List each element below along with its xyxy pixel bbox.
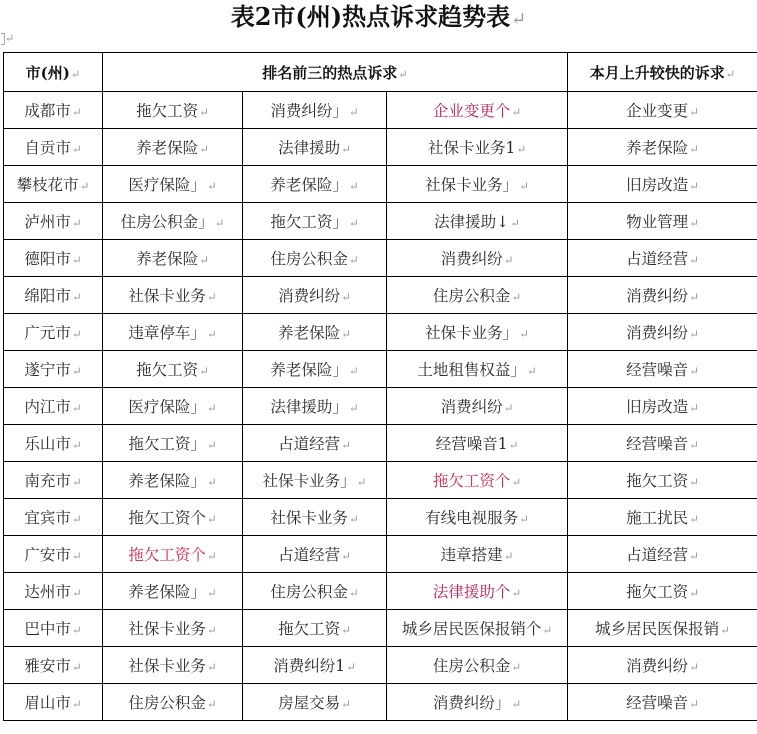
- table-anchor-icon: ↵: [1, 33, 14, 45]
- cell-top-issue-2[interactable]: 消费纠纷」↵: [243, 92, 387, 129]
- table-row: 广元市↵违章停车」↵养老保险↵社保卡业务」↵消费纠纷↵: [4, 314, 757, 351]
- cell-top-issue-3[interactable]: 住房公积金↵: [387, 277, 568, 314]
- paragraph-mark-icon: ↵: [511, 9, 526, 30]
- cell-rising-issue-text: 经营噪音: [626, 361, 688, 379]
- cell-top-issue-2[interactable]: 住房公积金↵: [243, 240, 387, 277]
- paragraph-mark-icon: ↵: [72, 142, 82, 156]
- paragraph-mark-icon: ↵: [511, 660, 521, 674]
- cell-top-issue-1-text: 医疗保险」: [128, 176, 206, 194]
- paragraph-mark-icon: ↵: [349, 179, 359, 193]
- cell-top-issue-1-text: 养老保险」: [128, 583, 206, 601]
- cell-city[interactable]: 宜宾市↵: [4, 499, 103, 536]
- cell-rising-issue-text: 占道经营: [626, 546, 688, 564]
- cell-top-issue-3[interactable]: 社保卡业务1↵: [387, 129, 568, 166]
- cell-top-issue-2[interactable]: 养老保险」↵: [243, 351, 387, 388]
- paragraph-mark-icon: ↵: [689, 327, 699, 341]
- cell-top-issue-2-text: 住房公积金: [270, 250, 348, 268]
- cell-top-issue-3-text: 城乡居民医保报销个: [402, 620, 542, 638]
- cell-city[interactable]: 自贡市↵: [4, 129, 103, 166]
- cell-rising-issue[interactable]: 消费纠纷↵: [568, 647, 757, 684]
- cell-city[interactable]: 乐山市↵: [4, 425, 103, 462]
- cell-top-issue-1[interactable]: 拖欠工资个↵: [103, 536, 243, 573]
- document-title: 表2市(州)热点诉求趋势表↵: [0, 2, 757, 35]
- table-row: 达州市↵养老保险」↵住房公积金↵法律援助个↵拖欠工资↵: [4, 573, 757, 610]
- cell-top-issue-1-text: 违章停车」: [128, 324, 206, 342]
- cell-top-issue-3-text: 有线电视服务: [425, 509, 518, 527]
- table-body: 成都市↵拖欠工资↵消费纠纷」↵企业变更个↵企业变更↵自贡市↵养老保险↵法律援助↵…: [4, 92, 757, 721]
- cell-top-issue-1[interactable]: 社保卡业务↵: [103, 610, 243, 647]
- cell-rising-issue-text: 拖欠工资: [626, 583, 688, 601]
- cell-top-issue-1-text: 拖欠工资」: [128, 435, 206, 453]
- cell-top-issue-2-text: 占道经营: [278, 435, 340, 453]
- paragraph-mark-icon: ↵: [207, 586, 217, 600]
- header-top-three-label: 排名前三的热点诉求: [262, 64, 397, 82]
- cell-rising-issue[interactable]: 城乡居民医保报销↵: [568, 610, 757, 647]
- cell-top-issue-1-text: 住房公积金」: [121, 213, 214, 231]
- cell-city[interactable]: 攀枝花市↵: [4, 166, 103, 203]
- table-row: 宜宾市↵拖欠工资个↵社保卡业务↵有线电视服务↵施工扰民↵: [4, 499, 757, 536]
- cell-top-issue-3-text: 消费纠纷」: [433, 694, 511, 712]
- cell-top-issue-3[interactable]: 消费纠纷↵: [387, 388, 568, 425]
- hot-issues-trend-table: 市(州)↵ 排名前三的热点诉求↵ 本月上升较快的诉求↵ 成都市↵拖欠工资↵消费纠…: [3, 52, 757, 721]
- cell-city-text: 广元市: [24, 324, 71, 342]
- paragraph-mark-icon: ↵: [341, 623, 351, 637]
- cell-city-text: 遂宁市: [24, 361, 71, 379]
- cell-top-issue-3[interactable]: 土地租售权益」↵: [387, 351, 568, 388]
- cell-top-issue-3-text: 社保卡业务」: [425, 176, 518, 194]
- cell-top-issue-3[interactable]: 违章搭建↵: [387, 536, 568, 573]
- paragraph-mark-icon: ↵: [689, 179, 699, 193]
- cell-city-text: 眉山市: [24, 694, 71, 712]
- cell-top-issue-1-text: 社保卡业务: [128, 620, 206, 638]
- paragraph-mark-icon: ↵: [689, 401, 699, 415]
- paragraph-mark-icon: ↵: [72, 253, 82, 267]
- cell-rising-issue[interactable]: 物业管理↵: [568, 203, 757, 240]
- cell-top-issue-3-text: 法律援助个: [433, 583, 511, 601]
- cell-rising-issue[interactable]: 占道经营↵: [568, 240, 757, 277]
- cell-rising-issue-text: 企业变更: [626, 102, 688, 120]
- paragraph-mark-icon: ↵: [689, 216, 699, 230]
- paragraph-mark-icon: ↵: [207, 623, 217, 637]
- paragraph-mark-icon: ↵: [349, 364, 359, 378]
- cell-top-issue-2-text: 拖欠工资: [278, 620, 340, 638]
- paragraph-mark-icon: ↵: [349, 105, 359, 119]
- cell-top-issue-2[interactable]: 消费纠纷1↵: [243, 647, 387, 684]
- cell-top-issue-1-text: 拖欠工资: [136, 361, 198, 379]
- paragraph-mark-icon: ↵: [689, 253, 699, 267]
- paragraph-mark-icon: ↵: [689, 549, 699, 563]
- cell-city[interactable]: 眉山市↵: [4, 684, 103, 721]
- cell-city[interactable]: 广元市↵: [4, 314, 103, 351]
- cell-top-issue-3[interactable]: 消费纠纷↵: [387, 240, 568, 277]
- cell-top-issue-1[interactable]: 住房公积金」↵: [103, 203, 243, 240]
- cell-rising-issue-text: 经营噪音: [626, 694, 688, 712]
- paragraph-mark-icon: ↵: [72, 105, 82, 119]
- paragraph-mark-icon: ↵: [511, 586, 521, 600]
- paragraph-mark-icon: ↵: [510, 216, 520, 230]
- cell-city[interactable]: 遂宁市↵: [4, 351, 103, 388]
- cell-rising-issue[interactable]: 养老保险↵: [568, 129, 757, 166]
- cell-top-issue-3-text: 拖欠工资个: [433, 472, 511, 490]
- paragraph-mark-icon: ↵: [72, 401, 82, 415]
- cell-city-text: 内江市: [24, 398, 71, 416]
- paragraph-mark-icon: ↵: [511, 475, 521, 489]
- paragraph-mark-icon: ↵: [72, 512, 82, 526]
- paragraph-mark-icon: ↵: [199, 253, 209, 267]
- cell-top-issue-1[interactable]: 养老保险↵: [103, 129, 243, 166]
- cell-top-issue-2[interactable]: 社保卡业务↵: [243, 499, 387, 536]
- cell-rising-issue-text: 养老保险: [626, 139, 688, 157]
- cell-city[interactable]: 巴中市↵: [4, 610, 103, 647]
- paragraph-mark-icon: ↵: [207, 512, 217, 526]
- cell-top-issue-2-text: 社保卡业务」: [263, 472, 356, 490]
- paragraph-mark-icon: ↵: [72, 475, 82, 489]
- cell-top-issue-3-text: 消费纠纷: [441, 250, 503, 268]
- cell-top-issue-3[interactable]: 住房公积金↵: [387, 647, 568, 684]
- cell-top-issue-2[interactable]: 养老保险↵: [243, 314, 387, 351]
- paragraph-mark-icon: ↵: [72, 364, 82, 378]
- cell-top-issue-1[interactable]: 违章停车」↵: [103, 314, 243, 351]
- cell-top-issue-2-text: 住房公积金: [270, 583, 348, 601]
- paragraph-mark-icon: ↵: [689, 142, 699, 156]
- paragraph-mark-icon: ↵: [71, 68, 80, 81]
- paragraph-mark-icon: ↵: [72, 697, 82, 711]
- paragraph-mark-icon: ↵: [689, 697, 699, 711]
- paragraph-mark-icon: ↵: [349, 216, 359, 230]
- paragraph-mark-icon: ↵: [199, 142, 209, 156]
- cell-city-text: 南充市: [24, 472, 71, 490]
- cell-top-issue-1[interactable]: 养老保险↵: [103, 240, 243, 277]
- cell-top-issue-1-text: 住房公积金: [128, 694, 206, 712]
- paragraph-mark-icon: ↵: [207, 438, 217, 452]
- cell-top-issue-1[interactable]: 住房公积金↵: [103, 684, 243, 721]
- paragraph-mark-icon: ↵: [689, 105, 699, 119]
- paragraph-mark-icon: ↵: [72, 327, 82, 341]
- paragraph-mark-icon: ↵: [346, 660, 356, 674]
- cell-rising-issue[interactable]: 旧房改造↵: [568, 388, 757, 425]
- paragraph-mark-icon: ↵: [349, 586, 359, 600]
- cell-top-issue-3-text: 住房公积金: [433, 287, 511, 305]
- cell-city-text: 广安市: [24, 546, 71, 564]
- cell-rising-issue-text: 消费纠纷: [626, 657, 688, 675]
- cell-top-issue-3[interactable]: 社保卡业务」↵: [387, 314, 568, 351]
- cell-top-issue-3[interactable]: 消费纠纷」↵: [387, 684, 568, 721]
- cell-top-issue-1-text: 社保卡业务: [128, 657, 206, 675]
- cell-city-text: 达州市: [24, 583, 71, 601]
- cell-top-issue-1-text: 养老保险: [136, 139, 198, 157]
- cell-top-issue-1[interactable]: 拖欠工资个↵: [103, 499, 243, 536]
- cell-top-issue-2[interactable]: 房屋交易↵: [243, 684, 387, 721]
- cell-top-issue-2-text: 拖欠工资」: [270, 213, 348, 231]
- cell-rising-issue-text: 旧房改造: [626, 398, 688, 416]
- cell-top-issue-2-text: 占道经营: [278, 546, 340, 564]
- paragraph-mark-icon: ↵: [72, 290, 82, 304]
- paragraph-mark-icon: ↵: [504, 401, 514, 415]
- paragraph-mark-icon: ↵: [207, 327, 217, 341]
- cell-top-issue-3-text: 企业变更个: [433, 102, 511, 120]
- cell-top-issue-1[interactable]: 拖欠工资」↵: [103, 425, 243, 462]
- cell-top-issue-1[interactable]: 社保卡业务↵: [103, 277, 243, 314]
- cell-top-issue-3[interactable]: 社保卡业务」↵: [387, 166, 568, 203]
- cell-top-issue-1-text: 医疗保险」: [128, 398, 206, 416]
- table-row: 内江市↵医疗保险」↵法律援助」↵消费纠纷↵旧房改造↵: [4, 388, 757, 425]
- cell-city[interactable]: 达州市↵: [4, 573, 103, 610]
- cell-top-issue-1-text: 养老保险: [136, 250, 198, 268]
- header-city[interactable]: 市(州)↵: [4, 53, 103, 92]
- header-top-three[interactable]: 排名前三的热点诉求↵: [103, 53, 568, 92]
- cell-rising-issue[interactable]: 消费纠纷↵: [568, 277, 757, 314]
- cell-top-issue-2[interactable]: 占道经营↵: [243, 536, 387, 573]
- paragraph-mark-icon: ↵: [349, 401, 359, 415]
- paragraph-mark-icon: ↵: [72, 549, 82, 563]
- paragraph-mark-icon: ↵: [349, 253, 359, 267]
- cell-city[interactable]: 广安市↵: [4, 536, 103, 573]
- cell-top-issue-3-text: 社保卡业务」: [425, 324, 518, 342]
- cell-city[interactable]: 绵阳市↵: [4, 277, 103, 314]
- cell-top-issue-2[interactable]: 消费纠纷↵: [243, 277, 387, 314]
- cell-top-issue-1-text: 拖欠工资: [136, 102, 198, 120]
- cell-top-issue-3-text: 消费纠纷: [441, 398, 503, 416]
- cell-top-issue-1[interactable]: 拖欠工资↵: [103, 351, 243, 388]
- cell-top-issue-2-text: 法律援助」: [270, 398, 348, 416]
- cell-top-issue-3[interactable]: 城乡居民医保报销个↵: [387, 610, 568, 647]
- cell-top-issue-2-text: 法律援助: [278, 139, 340, 157]
- header-rising[interactable]: 本月上升较快的诉求↵: [568, 53, 757, 92]
- cell-rising-issue-text: 拖欠工资: [626, 472, 688, 490]
- paragraph-mark-icon: ↵: [72, 438, 82, 452]
- paragraph-mark-icon: ↵: [720, 623, 730, 637]
- cell-top-issue-3[interactable]: 法律援助↓↵: [387, 203, 568, 240]
- cell-city-text: 宜宾市: [24, 509, 71, 527]
- paragraph-mark-icon: ↵: [199, 364, 209, 378]
- paragraph-mark-icon: ↵: [207, 697, 217, 711]
- cell-top-issue-3-text: 违章搭建: [441, 546, 503, 564]
- table-row: 遂宁市↵拖欠工资↵养老保险」↵土地租售权益」↵经营噪音↵: [4, 351, 757, 388]
- cell-city-text: 德阳市: [24, 250, 71, 268]
- cell-top-issue-1[interactable]: 社保卡业务↵: [103, 647, 243, 684]
- cell-city[interactable]: 南充市↵: [4, 462, 103, 499]
- cell-city-text: 泸州市: [24, 213, 71, 231]
- paragraph-mark-icon: ↵: [509, 438, 519, 452]
- header-city-label: 市(州): [26, 64, 70, 82]
- cell-city[interactable]: 泸州市↵: [4, 203, 103, 240]
- cell-top-issue-2-text: 养老保险」: [270, 176, 348, 194]
- cell-top-issue-2[interactable]: 法律援助↵: [243, 129, 387, 166]
- cell-rising-issue-text: 旧房改造: [626, 176, 688, 194]
- cell-rising-issue[interactable]: 施工扰民↵: [568, 499, 757, 536]
- paragraph-mark-icon: ↵: [80, 179, 90, 193]
- table-row: 眉山市↵住房公积金↵房屋交易↵消费纠纷」↵经营噪音↵: [4, 684, 757, 721]
- paragraph-mark-icon: ↵: [689, 438, 699, 452]
- table-row: 广安市↵拖欠工资个↵占道经营↵违章搭建↵占道经营↵: [4, 536, 757, 573]
- cell-rising-issue[interactable]: 拖欠工资↵: [568, 462, 757, 499]
- paragraph-mark-icon: ↵: [207, 549, 217, 563]
- cell-top-issue-3[interactable]: 企业变更个↵: [387, 92, 568, 129]
- paragraph-mark-icon: ↵: [72, 660, 82, 674]
- cell-top-issue-2-text: 社保卡业务: [270, 509, 348, 527]
- cell-city-text: 巴中市: [24, 620, 71, 638]
- cell-top-issue-3[interactable]: 法律援助个↵: [387, 573, 568, 610]
- table-row: 自贡市↵养老保险↵法律援助↵社保卡业务1↵养老保险↵: [4, 129, 757, 166]
- cell-rising-issue[interactable]: 占道经营↵: [568, 536, 757, 573]
- paragraph-mark-icon: ↵: [341, 438, 351, 452]
- paragraph-mark-icon: ↵: [341, 327, 351, 341]
- paragraph-mark-icon: ↵: [689, 475, 699, 489]
- paragraph-mark-icon: ↵: [357, 475, 367, 489]
- paragraph-mark-icon: ↵: [516, 142, 526, 156]
- cell-top-issue-2[interactable]: 养老保险」↵: [243, 166, 387, 203]
- table-row: 绵阳市↵社保卡业务↵消费纠纷↵住房公积金↵消费纠纷↵: [4, 277, 757, 314]
- paragraph-mark-icon: ↵: [341, 290, 351, 304]
- paragraph-mark-icon: ↵: [689, 364, 699, 378]
- paragraph-mark-icon: ↵: [72, 216, 82, 230]
- cell-top-issue-2[interactable]: 拖欠工资↵: [243, 610, 387, 647]
- paragraph-mark-icon: ↵: [72, 586, 82, 600]
- cell-rising-issue[interactable]: 企业变更↵: [568, 92, 757, 129]
- paragraph-mark-icon: ↵: [511, 105, 521, 119]
- cell-top-issue-1[interactable]: 养老保险」↵: [103, 462, 243, 499]
- table-row: 乐山市↵拖欠工资」↵占道经营↵经营噪音1↵经营噪音↵: [4, 425, 757, 462]
- cell-city[interactable]: 雅安市↵: [4, 647, 103, 684]
- paragraph-mark-icon: ↵: [726, 68, 735, 81]
- table-row: 成都市↵拖欠工资↵消费纠纷」↵企业变更个↵企业变更↵: [4, 92, 757, 129]
- cell-top-issue-3[interactable]: 有线电视服务↵: [387, 499, 568, 536]
- cell-rising-issue[interactable]: 消费纠纷↵: [568, 314, 757, 351]
- cell-rising-issue[interactable]: 经营噪音↵: [568, 351, 757, 388]
- cell-top-issue-2[interactable]: 拖欠工资」↵: [243, 203, 387, 240]
- cell-rising-issue[interactable]: 经营噪音↵: [568, 425, 757, 462]
- paragraph-mark-icon: ↵: [207, 179, 217, 193]
- paragraph-mark-icon: ↵: [341, 697, 351, 711]
- cell-rising-issue[interactable]: 旧房改造↵: [568, 166, 757, 203]
- cell-top-issue-2[interactable]: 住房公积金↵: [243, 573, 387, 610]
- paragraph-mark-icon: ↵: [519, 179, 529, 193]
- paragraph-mark-icon: ↵: [199, 105, 209, 119]
- cell-rising-issue-text: 占道经营: [626, 250, 688, 268]
- cell-top-issue-2-text: 养老保险: [278, 324, 340, 342]
- cell-city[interactable]: 成都市↵: [4, 92, 103, 129]
- cell-top-issue-1[interactable]: 养老保险」↵: [103, 573, 243, 610]
- cell-top-issue-1[interactable]: 医疗保险」↵: [103, 388, 243, 425]
- cell-city-text: 绵阳市: [24, 287, 71, 305]
- cell-top-issue-2-text: 房屋交易: [278, 694, 340, 712]
- paragraph-mark-icon: ↵: [504, 253, 514, 267]
- paragraph-mark-icon: ↵: [207, 290, 217, 304]
- paragraph-mark-icon: ↵: [511, 290, 521, 304]
- cell-top-issue-3-text: 土地租售权益」: [417, 361, 526, 379]
- paragraph-mark-icon: ↵: [5, 32, 14, 45]
- paragraph-mark-icon: ↵: [542, 623, 552, 637]
- cell-top-issue-2-text: 消费纠纷: [278, 287, 340, 305]
- paragraph-mark-icon: ↵: [504, 549, 514, 563]
- cell-rising-issue-text: 城乡居民医保报销: [595, 620, 719, 638]
- paragraph-mark-icon: ↵: [207, 660, 217, 674]
- paragraph-mark-icon: ↵: [689, 512, 699, 526]
- cell-rising-issue-text: 消费纠纷: [626, 324, 688, 342]
- paragraph-mark-icon: ↵: [519, 327, 529, 341]
- paragraph-mark-icon: ↵: [341, 142, 351, 156]
- cell-top-issue-3-text: 住房公积金: [433, 657, 511, 675]
- cell-city[interactable]: 德阳市↵: [4, 240, 103, 277]
- table-row: 泸州市↵住房公积金」↵拖欠工资」↵法律援助↓↵物业管理↵: [4, 203, 757, 240]
- cell-top-issue-3-text: 法律援助↓: [434, 213, 509, 231]
- paragraph-mark-icon: ↵: [689, 660, 699, 674]
- paragraph-mark-icon: ↵: [527, 364, 537, 378]
- table-row: 德阳市↵养老保险↵住房公积金↵消费纠纷↵占道经营↵: [4, 240, 757, 277]
- cell-top-issue-2-text: 消费纠纷1: [273, 657, 345, 675]
- paragraph-mark-icon: ↵: [72, 623, 82, 637]
- cell-top-issue-1-text: 养老保险」: [128, 472, 206, 490]
- cell-top-issue-3[interactable]: 拖欠工资个↵: [387, 462, 568, 499]
- cell-top-issue-1-text: 拖欠工资个: [128, 509, 206, 527]
- paragraph-mark-icon: ↵: [511, 697, 521, 711]
- paragraph-mark-icon: ↵: [689, 586, 699, 600]
- cell-top-issue-2[interactable]: 占道经营↵: [243, 425, 387, 462]
- table-row: 攀枝花市↵医疗保险」↵养老保险」↵社保卡业务」↵旧房改造↵: [4, 166, 757, 203]
- paragraph-mark-icon: ↵: [341, 549, 351, 563]
- paragraph-mark-icon: ↵: [398, 68, 407, 81]
- cell-rising-issue-text: 消费纠纷: [626, 287, 688, 305]
- cell-city-text: 乐山市: [24, 435, 71, 453]
- cell-top-issue-1[interactable]: 拖欠工资↵: [103, 92, 243, 129]
- header-rising-label: 本月上升较快的诉求: [590, 64, 725, 82]
- cell-top-issue-2[interactable]: 社保卡业务」↵: [243, 462, 387, 499]
- cell-top-issue-2-text: 消费纠纷」: [270, 102, 348, 120]
- document-title-text: 表2市(州)热点诉求趋势表: [231, 2, 510, 31]
- cell-top-issue-3-text: 经营噪音1: [436, 435, 508, 453]
- cell-top-issue-3[interactable]: 经营噪音1↵: [387, 425, 568, 462]
- cell-rising-issue[interactable]: 经营噪音↵: [568, 684, 757, 721]
- cell-city-text: 攀枝花市: [17, 176, 79, 194]
- cell-top-issue-1-text: 社保卡业务: [128, 287, 206, 305]
- cell-top-issue-2[interactable]: 法律援助」↵: [243, 388, 387, 425]
- cell-city[interactable]: 内江市↵: [4, 388, 103, 425]
- cell-top-issue-1[interactable]: 医疗保险」↵: [103, 166, 243, 203]
- cell-top-issue-2-text: 养老保险」: [270, 361, 348, 379]
- table-row: 雅安市↵社保卡业务↵消费纠纷1↵住房公积金↵消费纠纷↵: [4, 647, 757, 684]
- cell-top-issue-3-text: 社保卡业务1: [428, 139, 515, 157]
- cell-city-text: 成都市: [24, 102, 71, 120]
- paragraph-mark-icon: ↵: [207, 475, 217, 489]
- paragraph-mark-icon: ↵: [689, 290, 699, 304]
- paragraph-mark-icon: ↵: [519, 512, 529, 526]
- cell-rising-issue[interactable]: 拖欠工资↵: [568, 573, 757, 610]
- table-header-row: 市(州)↵ 排名前三的热点诉求↵ 本月上升较快的诉求↵: [4, 53, 757, 92]
- cell-city-text: 自贡市: [24, 139, 71, 157]
- cell-city-text: 雅安市: [24, 657, 71, 675]
- paragraph-mark-icon: ↵: [349, 512, 359, 526]
- table-row: 南充市↵养老保险」↵社保卡业务」↵拖欠工资个↵拖欠工资↵: [4, 462, 757, 499]
- table-row: 巴中市↵社保卡业务↵拖欠工资↵城乡居民医保报销个↵城乡居民医保报销↵: [4, 610, 757, 647]
- cell-rising-issue-text: 经营噪音: [626, 435, 688, 453]
- paragraph-mark-icon: ↵: [215, 216, 225, 230]
- cell-top-issue-1-text: 拖欠工资个: [128, 546, 206, 564]
- cell-rising-issue-text: 物业管理: [626, 213, 688, 231]
- cell-rising-issue-text: 施工扰民: [626, 509, 688, 527]
- paragraph-mark-icon: ↵: [207, 401, 217, 415]
